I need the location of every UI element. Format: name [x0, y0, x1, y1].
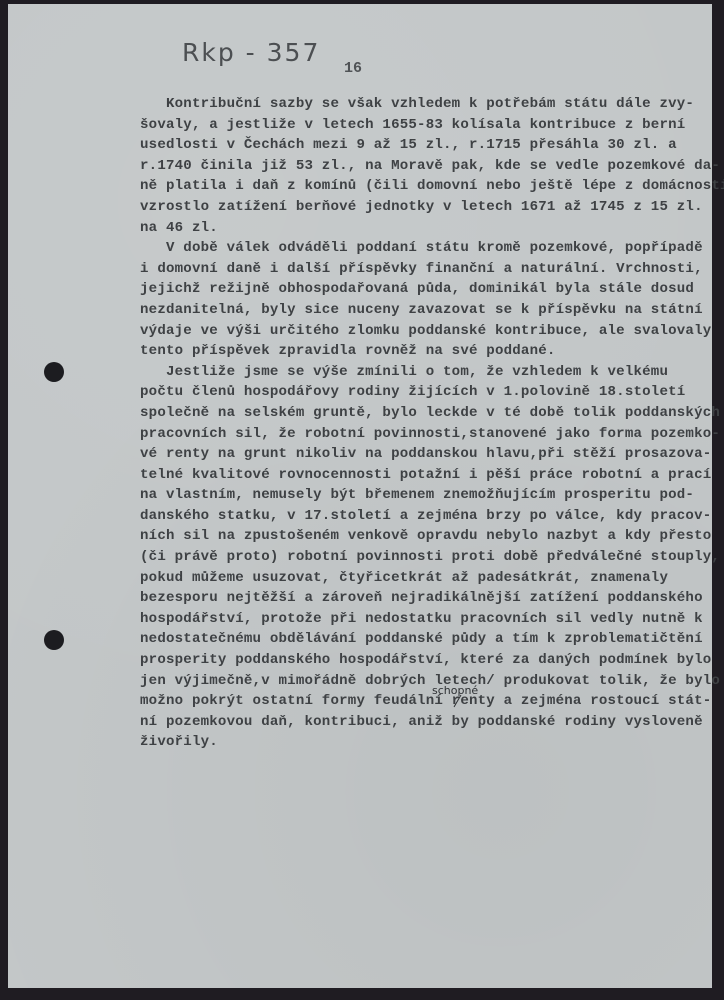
- punch-hole-icon: [44, 630, 64, 650]
- text-line: Jestliže jsme se výše zmínili o tom, že …: [140, 362, 700, 383]
- text-line: hospodářství, protože při nedostatku pra…: [140, 609, 700, 630]
- page-number: 16: [344, 60, 362, 77]
- text-line: tento příspěvek zpravidla rovněž na své …: [140, 341, 700, 362]
- text-line: danského statku, v 17.století a zejména …: [140, 506, 700, 527]
- punch-hole-icon: [44, 362, 64, 382]
- archive-mark: Rkp - 357: [182, 38, 320, 67]
- text-line: Kontribuční sazby se však vzhledem k pot…: [140, 94, 700, 115]
- typewritten-body: Kontribuční sazby se však vzhledem k pot…: [140, 94, 700, 753]
- text-line: pracovních sil, že robotní povinnosti,st…: [140, 424, 700, 445]
- handwritten-insertion: schopné: [432, 684, 478, 697]
- document-page: Rkp - 357 16 Kontribuční sazby se však v…: [8, 4, 712, 988]
- text-line: i domovní daně i další příspěvky finančn…: [140, 259, 700, 280]
- text-line: nedostatečnému obdělávání poddanské půdy…: [140, 629, 700, 650]
- text-line: možno pokrýt ostatní formy feudální rent…: [140, 691, 700, 712]
- text-line: prosperity poddanského hospodářství, kte…: [140, 650, 700, 671]
- text-line: r.1740 činila již 53 zl., na Moravě pak,…: [140, 156, 700, 177]
- text-line: vzrostlo zatížení berňové jednotky v let…: [140, 197, 700, 218]
- text-line: usedlosti v Čechách mezi 9 až 15 zl., r.…: [140, 135, 700, 156]
- text-line: pokud můžeme usuzovat, čtyřicetkrát až p…: [140, 568, 700, 589]
- text-line: jejichž režijně obhospodařovaná půda, do…: [140, 279, 700, 300]
- text-line: V době válek odváděli poddaní státu krom…: [140, 238, 700, 259]
- text-line: (či právě proto) robotní povinnosti prot…: [140, 547, 700, 568]
- text-line: šovaly, a jestliže v letech 1655-83 kolí…: [140, 115, 700, 136]
- text-line: nezdanitelná, byly sice nuceny zavazovat…: [140, 300, 700, 321]
- text-line: výdaje ve výši určitého zlomku poddanské…: [140, 321, 700, 342]
- text-line: ních sil na zpustošeném venkově opravdu …: [140, 526, 700, 547]
- text-line: telné kvalitové rovnocennosti potažní i …: [140, 465, 700, 486]
- text-line: ní pozemkovou daň, kontribuci, aniž by p…: [140, 712, 700, 733]
- text-line: jen výjimečně,v mimořádně dobrých letech…: [140, 671, 700, 692]
- text-line: počtu členů hospodářovy rodiny žijících …: [140, 382, 700, 403]
- text-line: na 46 zl.: [140, 218, 700, 239]
- text-line: živořily.: [140, 732, 700, 753]
- text-line: společně na selském gruntě, bylo leckde …: [140, 403, 700, 424]
- text-line: bezesporu nejtěžší a zároveň nejradikáln…: [140, 588, 700, 609]
- text-line: ně platila i daň z komínů (čili domovní …: [140, 176, 700, 197]
- text-line: na vlastním, nemusely být břemenem znemo…: [140, 485, 700, 506]
- text-line: vé renty na grunt nikoliv na poddanskou …: [140, 444, 700, 465]
